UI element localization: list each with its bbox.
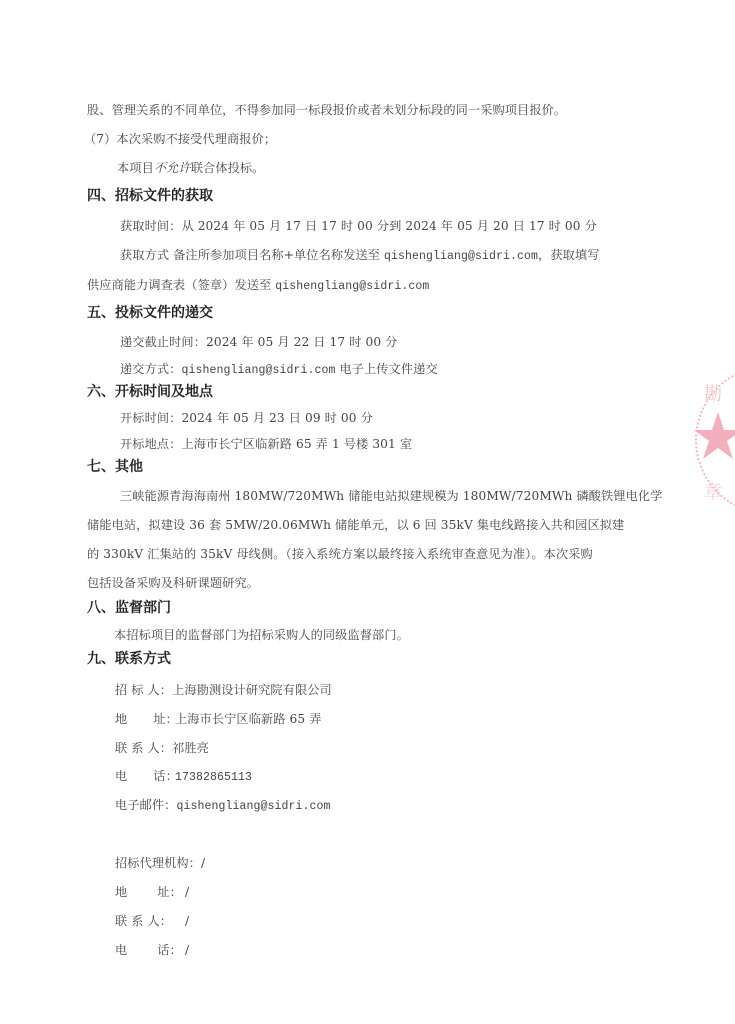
- contact-label: 联 系 人：: [115, 741, 172, 755]
- s6-place-line: 开标地点：上海市长宁区临新路 65 弄 1 号楼 301 室: [120, 436, 412, 452]
- contact-person: 联 系 人：祁胜亮: [115, 740, 209, 756]
- consortium-suffix: 联合体投标。: [191, 161, 265, 175]
- agency-person: 联 系 人： /: [115, 913, 189, 929]
- s4-method2-prefix: 供应商能力调查表（签章）发送至: [87, 278, 275, 292]
- consortium-line: 本项目不允许联合体投标。: [117, 160, 264, 176]
- s4-time-label: 获取时间：: [120, 219, 181, 233]
- contact-label: 招 标 人：: [115, 683, 172, 697]
- star-seal-icon: 勘 章: [690, 360, 735, 520]
- agency-value: /: [201, 856, 205, 870]
- s7-para-line-2: 储能电站，拟建设 36 套 5MW/20.06MWh 储能单元，以 6 回 35…: [87, 517, 624, 533]
- contact-value: 上海市长宁区临新路 65 弄: [175, 712, 322, 726]
- continuation-line: 股、管理关系的不同单位，不得参加同一标段报价或者未划分标段的同一采购项目报价。: [87, 102, 566, 118]
- s7-para-line-3: 的 330kV 汇集站的 35kV 母线侧。（接入系统方案以最终接入系统审查意见…: [87, 546, 593, 562]
- section-7-title: 七、其他: [87, 458, 143, 476]
- s5-email[interactable]: qishengliang@sidri.com: [181, 364, 335, 377]
- section-4-title: 四、招标文件的获取: [87, 187, 213, 205]
- contact-value: 17382865113: [175, 771, 252, 784]
- svg-text:章: 章: [704, 482, 722, 503]
- svg-text:勘: 勘: [704, 384, 722, 405]
- consortium-emphasis: 不允许: [154, 161, 191, 175]
- s4-email-1[interactable]: qishengliang@sidri.com: [384, 250, 538, 263]
- section-5-title: 五、投标文件的递交: [87, 304, 213, 322]
- s5-deadline-line: 递交截止时间：2024 年 05 月 22 日 17 时 00 分: [120, 334, 397, 350]
- contact-label: 电话：: [115, 768, 175, 784]
- contact-value: 祁胜亮: [172, 741, 209, 755]
- s6-time-value: 2024 年 05 月 23 日 09 时 00 分: [181, 411, 372, 425]
- section-6-title: 六、开标时间及地点: [87, 383, 213, 401]
- agency-phone: 电话： /: [115, 942, 189, 958]
- contact-address: 地址：上海市长宁区临新路 65 弄: [115, 711, 322, 727]
- s8-text: 本招标项目的监督部门为招标采购人的同级监督部门。: [114, 627, 409, 643]
- s5-method-line: 递交方式：qishengliang@sidri.com 电子上传文件递交: [120, 361, 438, 379]
- agency-label: 地址：: [115, 884, 181, 900]
- contact-label: 地址：: [115, 711, 175, 727]
- s6-place-label: 开标地点：: [120, 437, 181, 451]
- contact-tenderer: 招 标 人：上海勘测设计研究院有限公司: [115, 682, 332, 698]
- s5-method-suffix: 电子上传文件递交: [335, 362, 437, 376]
- s4-method-line2: 供应商能力调查表（签章）发送至 qishengliang@sidri.com: [87, 277, 429, 295]
- section-8-title: 八、监督部门: [87, 599, 171, 617]
- s7-para-line-4: 包括设备采购及科研课题研究。: [87, 575, 259, 591]
- agency-address: 地址： /: [115, 884, 189, 900]
- s5-method-label: 递交方式：: [120, 362, 181, 376]
- contact-value: 上海勘测设计研究院有限公司: [172, 683, 332, 697]
- contact-label: 电子邮件：: [115, 798, 176, 812]
- s5-deadline-label: 递交截止时间：: [120, 335, 206, 349]
- s6-time-label: 开标时间：: [120, 411, 181, 425]
- s4-method-line1: 获取方式 备注所参加项目名称+单位名称发送至 qishengliang@sidr…: [120, 247, 599, 265]
- s6-time-line: 开标时间：2024 年 05 月 23 日 09 时 00 分: [120, 410, 373, 426]
- agency-name: 招标代理机构：/: [115, 855, 205, 871]
- contact-phone: 电话：17382865113: [115, 768, 252, 786]
- section-9-title: 九、联系方式: [87, 650, 171, 668]
- s5-deadline-value: 2024 年 05 月 22 日 17 时 00 分: [206, 335, 397, 349]
- item-7: （7）本次采购不接受代理商报价；: [84, 131, 276, 147]
- agency-value: /: [181, 943, 189, 957]
- agency-value: /: [181, 885, 189, 899]
- consortium-prefix: 本项目: [117, 161, 154, 175]
- contact-email: 电子邮件：qishengliang@sidri.com: [115, 797, 330, 815]
- s4-method-suffix: ，获取填写: [538, 248, 599, 262]
- s7-para-line-1: 三峡能源青海海南州 180MW/720MWh 储能电站拟建规模为 180MW/7…: [120, 488, 662, 504]
- s4-time-line: 获取时间：从 2024 年 05 月 17 日 17 时 00 分到 2024 …: [120, 218, 597, 234]
- s4-email-2[interactable]: qishengliang@sidri.com: [275, 280, 429, 293]
- s6-place-value: 上海市长宁区临新路 65 弄 1 号楼 301 室: [181, 437, 412, 451]
- s4-method-prefix: 获取方式 备注所参加项目名称+单位名称发送至: [120, 248, 384, 262]
- s4-time-value: 从 2024 年 05 月 17 日 17 时 00 分到 2024 年 05 …: [181, 219, 596, 233]
- agency-label: 联 系 人：: [115, 913, 181, 929]
- agency-label: 电话：: [115, 942, 181, 958]
- contact-email-value[interactable]: qishengliang@sidri.com: [176, 800, 330, 813]
- agency-value: /: [181, 914, 189, 928]
- agency-label: 招标代理机构：: [115, 856, 201, 870]
